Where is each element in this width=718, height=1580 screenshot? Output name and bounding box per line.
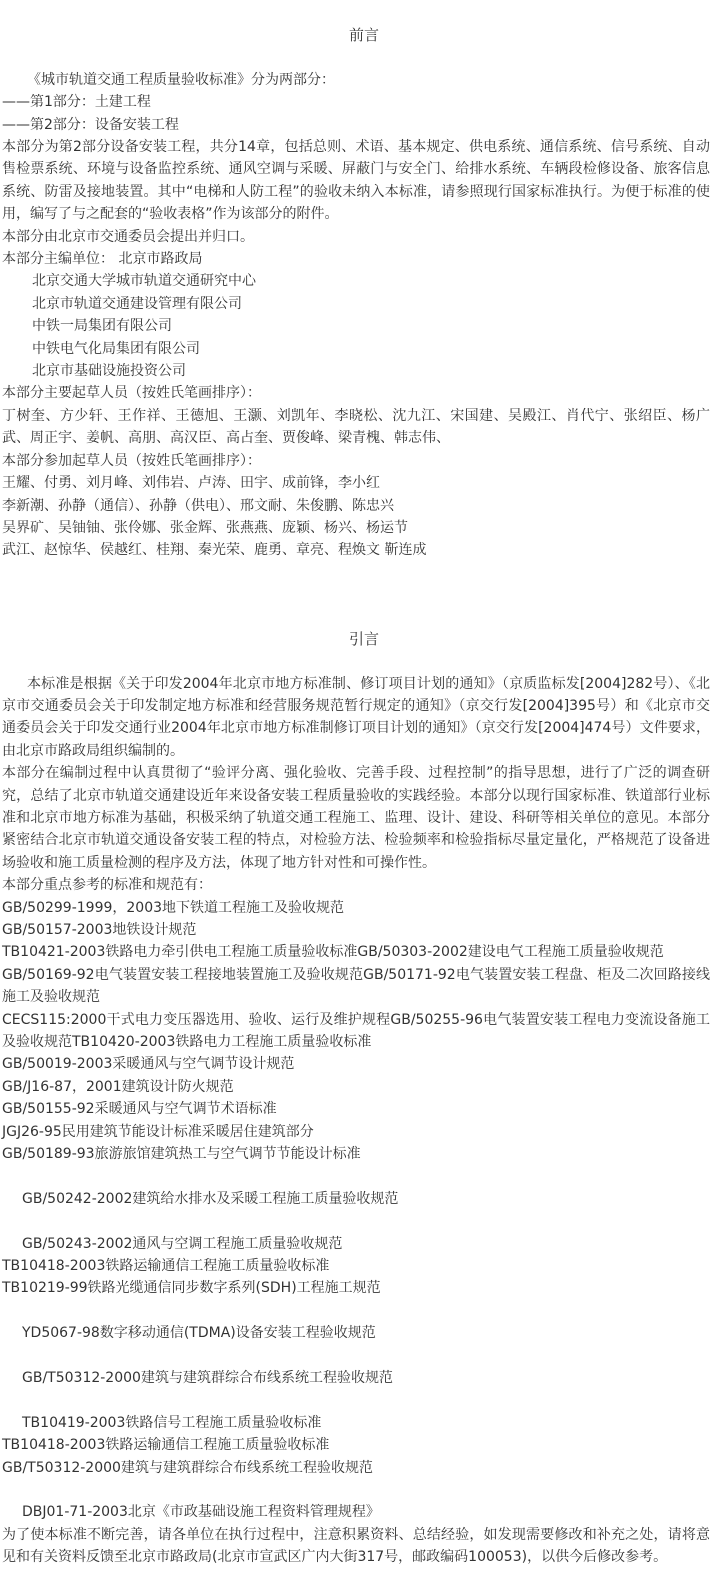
text-line: [2, 650, 710, 672]
text-line: 北京市基础设施投资公司: [2, 360, 710, 382]
text-line: GB/50155-92采暖通风与空气调节术语标准: [2, 1098, 710, 1120]
text-line: 本部分在编制过程中认真贯彻了“验评分离、强化验收、完善手段、过程控制”的指导思想…: [2, 762, 710, 874]
text-line: JGJ26-95民用建筑节能设计标准采暖居住建筑部分: [2, 1121, 710, 1143]
text-line: [2, 1479, 710, 1501]
text-line: 丁树奎、方少轩、王作祥、王德旭、王灏、刘凯年、李晓松、沈九江、宋国建、吴殿江、肖…: [2, 405, 710, 450]
text-line: CECS115:2000干式电力变压器选用、验收、运行及维护规程GB/50255…: [2, 1009, 710, 1054]
text-line: TB10219-99铁路光缆通信同步数字系列(SDH)工程施工规范: [2, 1277, 710, 1299]
text-line: ——第1部分：土建工程: [2, 91, 710, 113]
section-introduction: 引言 本标准是根据《关于印发2004年北京市地方标准制、修订项目计划的通知》（京…: [2, 628, 710, 1569]
introduction-body: 本标准是根据《关于印发2004年北京市地方标准制、修订项目计划的通知》（京质监标…: [2, 650, 710, 1569]
text-line: 王耀、付勇、刘月峰、刘伟岩、卢涛、田宇、成前锋，李小红: [2, 472, 710, 494]
text-line: TB10418-2003铁路运输通信工程施工质量验收标准: [2, 1255, 710, 1277]
text-line: 本部分重点参考的标准和规范有：: [2, 874, 710, 896]
text-line: GB/50157-2003地铁设计规范: [2, 919, 710, 941]
text-line: GB/T50312-2000建筑与建筑群综合布线系统工程验收规范: [2, 1367, 710, 1389]
text-line: [2, 46, 710, 68]
text-line: [2, 1345, 710, 1367]
text-line: GB/J16-87，2001建筑设计防火规范: [2, 1076, 710, 1098]
document-page: 前言 《城市轨道交通工程质量验收标准》分为两部分：——第1部分：土建工程——第2…: [0, 0, 718, 1580]
text-line: 本部分主要起草人员（按姓氏笔画排序）：: [2, 382, 710, 404]
preface-heading: 前言: [2, 24, 710, 46]
text-line: GB/50243-2002通风与空调工程施工质量验收规范: [2, 1233, 710, 1255]
text-line: 北京市轨道交通建设管理有限公司: [2, 293, 710, 315]
preface-body: 《城市轨道交通工程质量验收标准》分为两部分：——第1部分：土建工程——第2部分：…: [2, 46, 710, 561]
text-line: GB/50189-93旅游旅馆建筑热工与空气调节节能设计标准: [2, 1143, 710, 1165]
introduction-heading: 引言: [2, 628, 710, 650]
text-line: 吴界矿、吴铀铀、张伶娜、张金辉、张燕燕、庞颖、杨兴、杨运节: [2, 517, 710, 539]
text-line: [2, 1165, 710, 1187]
text-line: 北京交通大学城市轨道交通研究中心: [2, 270, 710, 292]
text-line: TB10419-2003铁路信号工程施工质量验收标准: [2, 1412, 710, 1434]
text-line: 武江、赵惊华、侯越红、桂翔、秦光荣、鹿勇、章亮、程焕文 靳连成: [2, 539, 710, 561]
text-line: GB/50019-2003采暖通风与空气调节设计规范: [2, 1053, 710, 1075]
text-line: 本部分为第2部分设备安装工程，共分14章，包括总则、术语、基本规定、供电系统、通…: [2, 136, 710, 226]
text-line: [2, 1210, 710, 1232]
text-line: ——第2部分：设备安装工程: [2, 114, 710, 136]
text-line: 李新潮、孙静（通信）、孙静（供电）、邢文耐、朱俊鹏、陈忠兴: [2, 495, 710, 517]
section-preface: 前言 《城市轨道交通工程质量验收标准》分为两部分：——第1部分：土建工程——第2…: [2, 24, 710, 562]
text-line: YD5067-98数字移动通信(TDMA)设备安装工程验收规范: [2, 1322, 710, 1344]
text-line: 中铁一局集团有限公司: [2, 315, 710, 337]
text-line: 为了使本标准不断完善，请各单位在执行过程中，注意积累资料、总结经验，如发现需要修…: [2, 1524, 710, 1569]
text-line: TB10418-2003铁路运输通信工程施工质量验收标准: [2, 1434, 710, 1456]
text-line: [2, 1300, 710, 1322]
text-line: TB10421-2003铁路电力牵引供电工程施工质量验收标准GB/50303-2…: [2, 941, 710, 963]
text-line: 中铁电气化局集团有限公司: [2, 338, 710, 360]
text-line: GB/50169-92电气装置安装工程接地装置施工及验收规范GB/50171-9…: [2, 964, 710, 1009]
text-line: DBJ01-71-2003北京《市政基础设施工程资料管理规程》: [2, 1501, 710, 1523]
text-line: 本标准是根据《关于印发2004年北京市地方标准制、修订项目计划的通知》（京质监标…: [2, 673, 710, 763]
text-line: 本部分由北京市交通委员会提出并归口。: [2, 226, 710, 248]
text-line: GB/50242-2002建筑给水排水及采暖工程施工质量验收规范: [2, 1188, 710, 1210]
text-line: GB/50299-1999，2003地下铁道工程施工及验收规范: [2, 897, 710, 919]
text-line: [2, 1389, 710, 1411]
text-line: 《城市轨道交通工程质量验收标准》分为两部分：: [2, 69, 710, 91]
text-line: GB/T50312-2000建筑与建筑群综合布线系统工程验收规范: [2, 1457, 710, 1479]
text-line: 本部分参加起草人员（按姓氏笔画排序）：: [2, 450, 710, 472]
text-line: 本部分主编单位： 北京市路政局: [2, 248, 710, 270]
